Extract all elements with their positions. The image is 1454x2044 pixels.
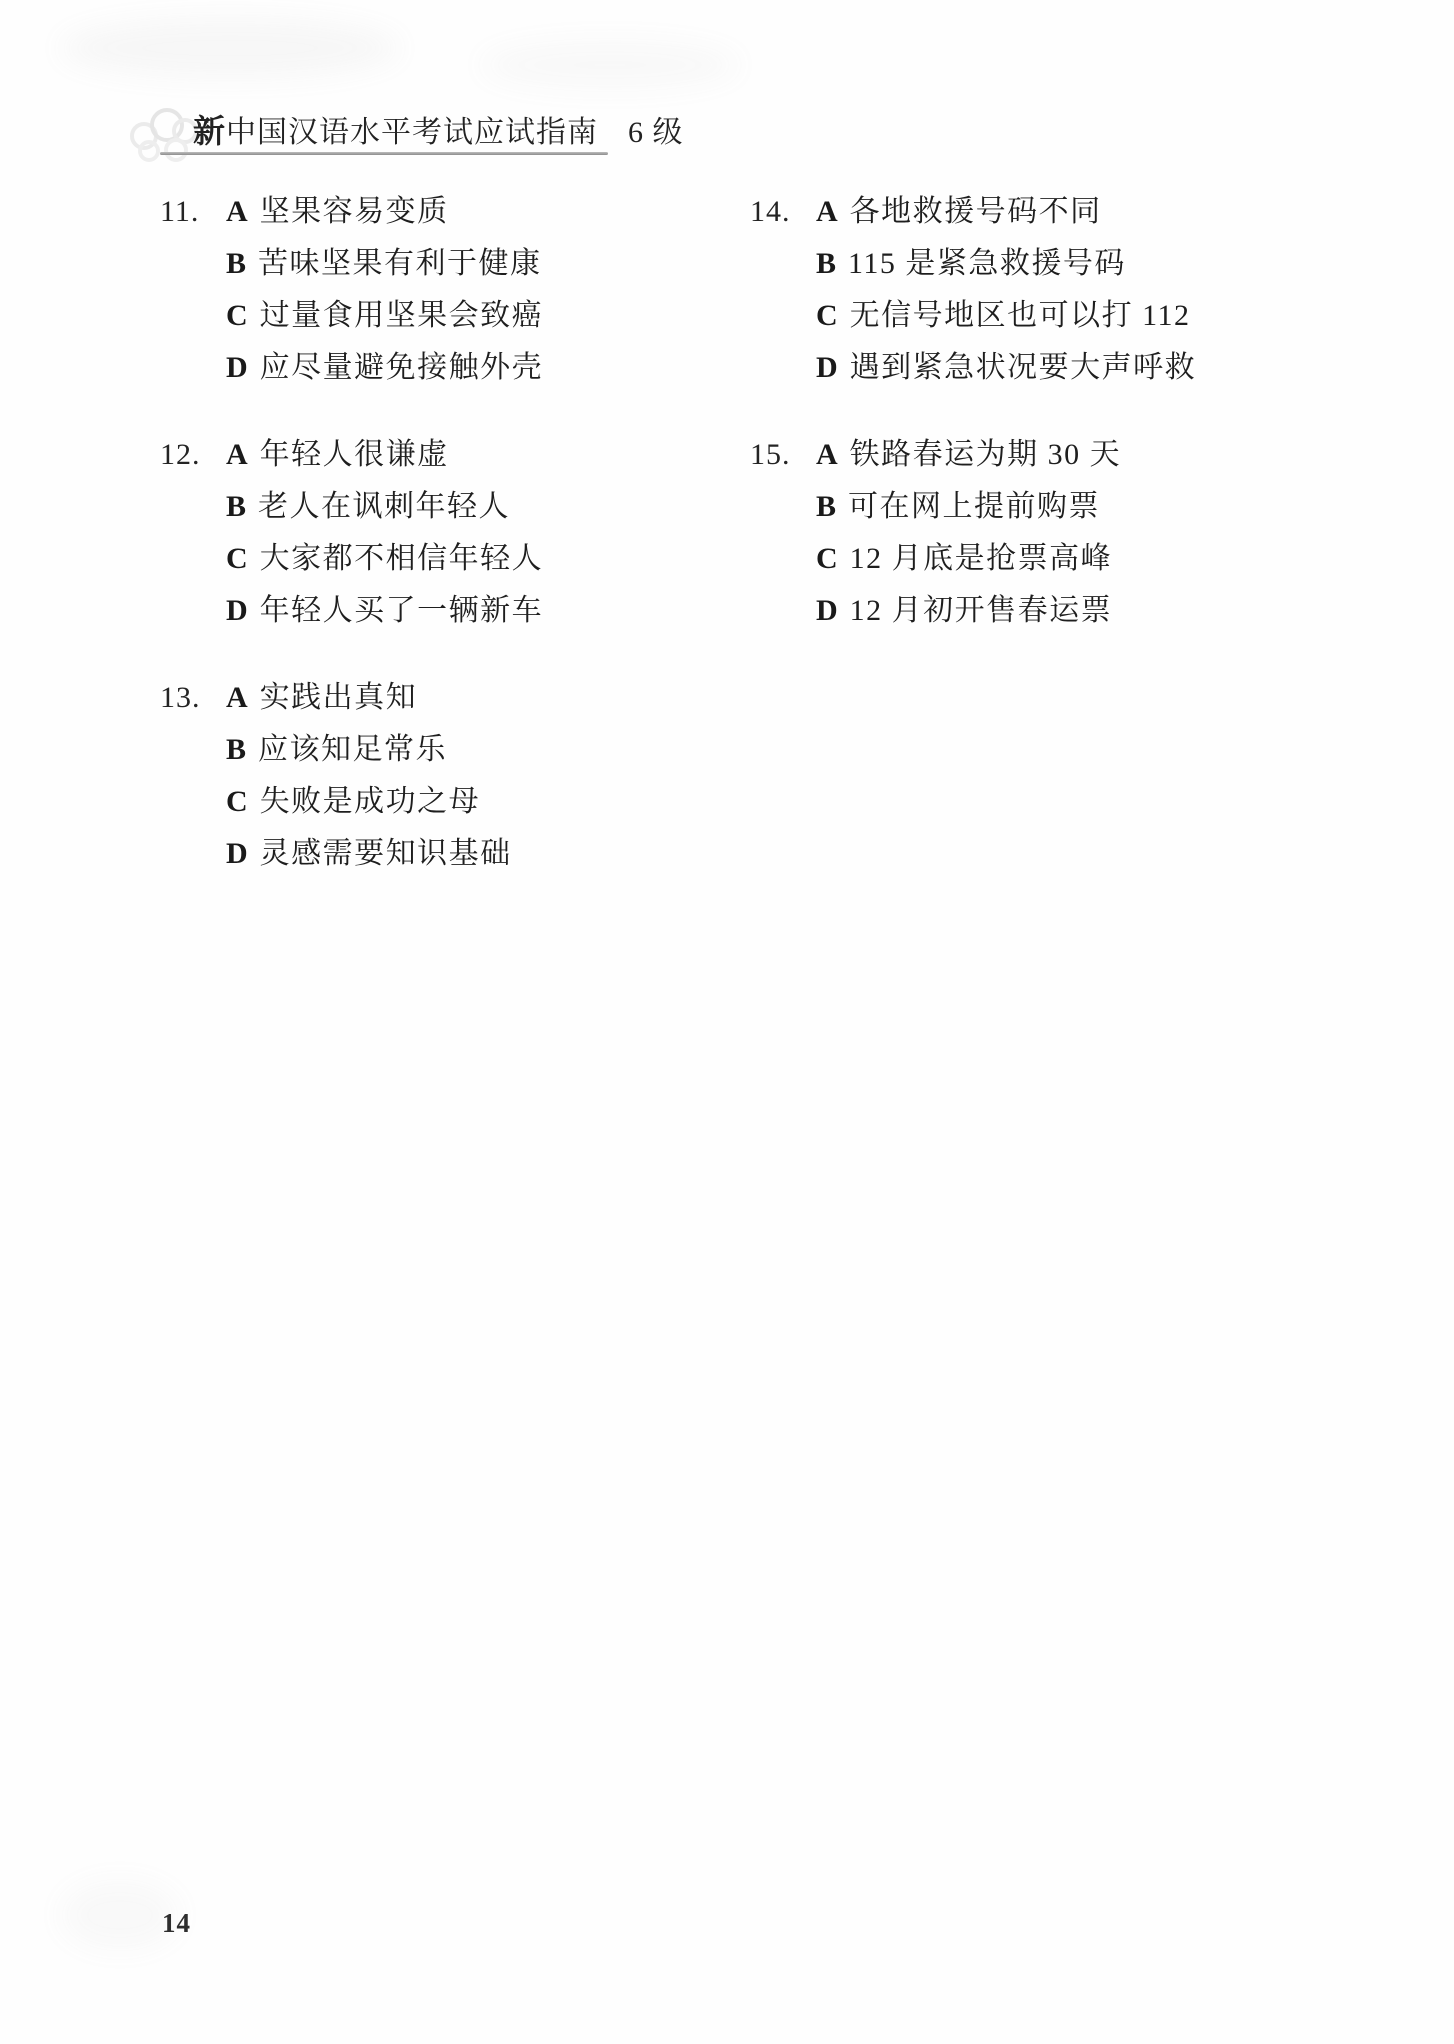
option-text: 应该知足常乐: [258, 724, 447, 776]
option-letter: A: [226, 672, 248, 724]
option-text: 115 是紧急救援号码: [848, 238, 1126, 290]
option-text: 铁路春运为期 30 天: [850, 429, 1122, 481]
option-text: 实践出真知: [260, 672, 418, 724]
option-text: 12 月底是抢票高峰: [850, 533, 1113, 585]
option-letter: B: [226, 238, 246, 290]
option-letter: C: [226, 533, 248, 585]
option-text: 大家都不相信年轻人: [260, 533, 544, 585]
question-14: 14. A 各地救援号码不同 B 115 是紧急救援号码 C 无信号地区也可以打…: [750, 186, 1370, 394]
option-letter: D: [226, 585, 248, 637]
header-rule: [160, 152, 608, 155]
option-line: B 苦味坚果有利于健康: [160, 238, 700, 290]
page-number: 14: [162, 1908, 191, 1939]
question-number: 12.: [160, 429, 226, 481]
option-letter: A: [226, 186, 248, 238]
option-letter: C: [226, 776, 248, 828]
header-title-bold: 新: [193, 113, 226, 149]
option-line: 14. A 各地救援号码不同: [750, 186, 1370, 238]
question-13: 13. A 实践出真知 B 应该知足常乐 C 失败是成功之母 D 灵感需要知识基…: [160, 672, 700, 880]
option-letter: D: [816, 342, 838, 394]
question-12: 12. A 年轻人很谦虚 B 老人在讽刺年轻人 C 大家都不相信年轻人 D 年轻…: [160, 429, 700, 637]
option-text: 遇到紧急状况要大声呼救: [850, 342, 1197, 394]
option-letter: D: [226, 342, 248, 394]
header-level: 6 级: [628, 116, 684, 149]
option-line: 13. A 实践出真知: [160, 672, 700, 724]
option-line: D 年轻人买了一辆新车: [160, 585, 700, 637]
option-line: D 12 月初开售春运票: [750, 585, 1370, 637]
option-letter: B: [226, 724, 246, 776]
option-line: C 大家都不相信年轻人: [160, 533, 700, 585]
scan-smudge: [60, 18, 400, 78]
option-text: 过量食用坚果会致癌: [260, 290, 544, 342]
option-letter: C: [226, 290, 248, 342]
option-text: 无信号地区也可以打 112: [850, 290, 1191, 342]
option-line: 15. A 铁路春运为期 30 天: [750, 429, 1370, 481]
header-title: 新中国汉语水平考试应试指南6 级: [193, 112, 1093, 152]
header-title-rest: 中国汉语水平考试应试指南: [226, 116, 598, 149]
option-line: 11. A 坚果容易变质: [160, 186, 700, 238]
question-number: 15.: [750, 429, 816, 481]
option-text: 年轻人买了一辆新车: [260, 585, 544, 637]
option-letter: C: [816, 290, 838, 342]
option-line: 12. A 年轻人很谦虚: [160, 429, 700, 481]
option-text: 坚果容易变质: [260, 186, 449, 238]
option-text: 失败是成功之母: [260, 776, 481, 828]
option-line: D 应尽量避免接触外壳: [160, 342, 700, 394]
option-line: C 无信号地区也可以打 112: [750, 290, 1370, 342]
option-line: D 遇到紧急状况要大声呼救: [750, 342, 1370, 394]
option-text: 老人在讽刺年轻人: [258, 481, 510, 533]
option-letter: A: [816, 429, 838, 481]
option-letter: A: [816, 186, 838, 238]
option-text: 应尽量避免接触外壳: [260, 342, 544, 394]
option-letter: B: [226, 481, 246, 533]
question-number: 13.: [160, 672, 226, 724]
option-line: C 过量食用坚果会致癌: [160, 290, 700, 342]
question-number: 11.: [160, 186, 226, 238]
option-line: C 12 月底是抢票高峰: [750, 533, 1370, 585]
option-line: D 灵感需要知识基础: [160, 828, 700, 880]
option-text: 苦味坚果有利于健康: [258, 238, 542, 290]
option-text: 灵感需要知识基础: [260, 828, 512, 880]
option-text: 各地救援号码不同: [850, 186, 1102, 238]
dots-logo-icon: [128, 96, 200, 158]
option-letter: B: [816, 481, 836, 533]
option-letter: D: [226, 828, 248, 880]
option-line: C 失败是成功之母: [160, 776, 700, 828]
option-line: B 可在网上提前购票: [750, 481, 1370, 533]
option-text: 可在网上提前购票: [848, 481, 1100, 533]
option-letter: D: [816, 585, 838, 637]
option-text: 年轻人很谦虚: [260, 429, 449, 481]
option-line: B 应该知足常乐: [160, 724, 700, 776]
option-letter: C: [816, 533, 838, 585]
question-number: 14.: [750, 186, 816, 238]
question-15: 15. A 铁路春运为期 30 天 B 可在网上提前购票 C 12 月底是抢票高…: [750, 429, 1370, 637]
option-letter: B: [816, 238, 836, 290]
option-line: B 115 是紧急救援号码: [750, 238, 1370, 290]
option-letter: A: [226, 429, 248, 481]
question-11: 11. A 坚果容易变质 B 苦味坚果有利于健康 C 过量食用坚果会致癌 D 应…: [160, 186, 700, 394]
scan-smudge: [480, 40, 740, 90]
questions-column-left: 11. A 坚果容易变质 B 苦味坚果有利于健康 C 过量食用坚果会致癌 D 应…: [160, 186, 700, 915]
option-text: 12 月初开售春运票: [850, 585, 1113, 637]
option-line: B 老人在讽刺年轻人: [160, 481, 700, 533]
book-page: 新中国汉语水平考试应试指南6 级 11. A 坚果容易变质 B 苦味坚果有利于健…: [0, 0, 1454, 2044]
questions-column-right: 14. A 各地救援号码不同 B 115 是紧急救援号码 C 无信号地区也可以打…: [750, 186, 1370, 672]
